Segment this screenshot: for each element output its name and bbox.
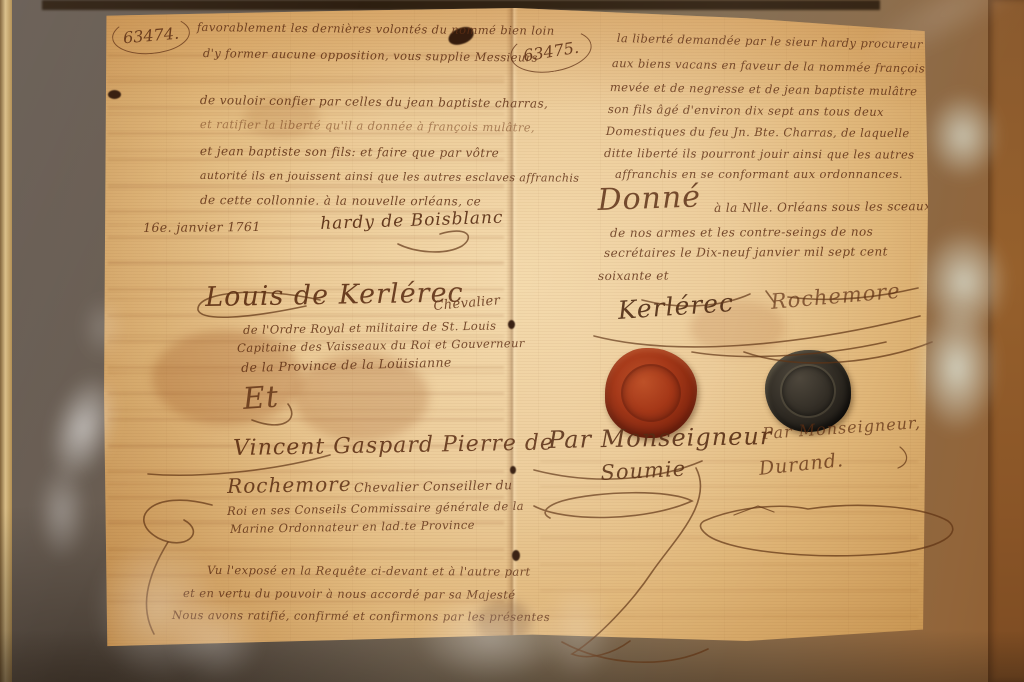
glass-sheen: [0, 0, 1024, 682]
